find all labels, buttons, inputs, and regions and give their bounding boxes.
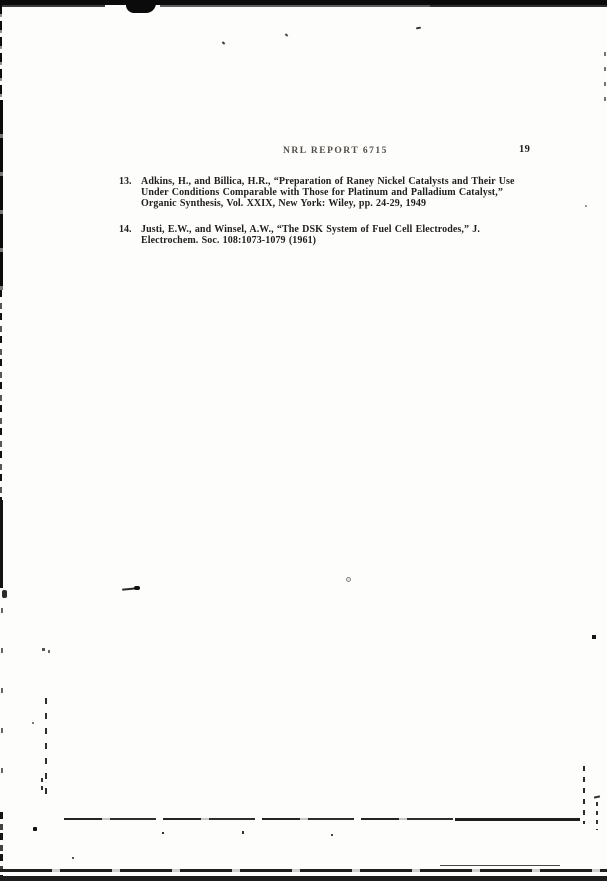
scan-speck bbox=[42, 648, 45, 651]
pen-mark bbox=[122, 587, 137, 591]
scan-artifact-left-edge bbox=[0, 812, 3, 876]
scan-speck bbox=[416, 27, 421, 30]
scan-vertical-dashes-right bbox=[604, 52, 606, 104]
scan-speck bbox=[222, 41, 226, 44]
scan-artifact-top-notch bbox=[126, 3, 156, 13]
scan-artifact-left-edge bbox=[0, 100, 3, 290]
scan-artifact-top-edge-rough bbox=[0, 5, 105, 7]
scan-speck bbox=[162, 832, 164, 834]
reference-line: Under Conditions Comparable with Those f… bbox=[141, 187, 589, 198]
reference-number: 14. bbox=[119, 224, 132, 235]
scan-speck bbox=[594, 795, 600, 798]
scan-faint-dot bbox=[346, 577, 351, 582]
scan-artifact-left-edge bbox=[1, 608, 3, 808]
scan-artifact-top-edge-rough bbox=[160, 5, 430, 7]
scan-horizontal-line bbox=[0, 869, 607, 872]
scanned-document-page: NRL REPORT 6715 19 13. Adkins, H., and B… bbox=[0, 0, 607, 881]
reference-line: Adkins, H., and Billica, H.R., “Preparat… bbox=[141, 176, 589, 187]
reference-line: Electrochem. Soc. 108:1073-1079 (1961) bbox=[141, 235, 589, 246]
scan-speck bbox=[33, 827, 37, 831]
scan-artifact-left-edge bbox=[2, 590, 7, 598]
scan-artifact-left-edge bbox=[0, 500, 3, 588]
scan-speck bbox=[331, 834, 333, 836]
scan-artifact-left-edge bbox=[0, 5, 2, 100]
scan-speck bbox=[32, 722, 34, 724]
pen-mark bbox=[134, 586, 140, 590]
reference-item-13: 13. Adkins, H., and Billica, H.R., “Prep… bbox=[119, 176, 589, 209]
scan-vertical-dashes-right bbox=[583, 766, 585, 824]
scan-horizontal-line bbox=[64, 818, 580, 820]
scan-speck bbox=[48, 650, 50, 653]
scan-vertical-dashes-left bbox=[41, 778, 43, 794]
report-title: NRL REPORT 6715 bbox=[283, 146, 388, 156]
reference-text: Adkins, H., and Billica, H.R., “Preparat… bbox=[141, 176, 589, 209]
scan-artifact-bottom-edge bbox=[0, 876, 607, 881]
scan-vertical-dashes-left bbox=[45, 698, 47, 798]
scan-artifact-left-edge bbox=[0, 290, 2, 500]
reference-line: Organic Synthesis, Vol. XXIX, New York: … bbox=[141, 198, 589, 209]
scan-speck bbox=[242, 831, 244, 834]
scan-artifact-top-edge-rough bbox=[430, 5, 607, 7]
scan-dark-dot bbox=[592, 635, 596, 639]
scan-speck bbox=[285, 33, 289, 36]
scan-horizontal-line bbox=[455, 818, 580, 821]
reference-item-14: 14. Justi, E.W., and Winsel, A.W., “The … bbox=[119, 224, 589, 246]
page-number: 19 bbox=[519, 144, 530, 155]
scan-speck bbox=[72, 857, 74, 859]
reference-line: Justi, E.W., and Winsel, A.W., “The DSK … bbox=[141, 224, 589, 235]
reference-text: Justi, E.W., and Winsel, A.W., “The DSK … bbox=[141, 224, 589, 246]
scan-vertical-dashes-right bbox=[596, 802, 598, 830]
scan-horizontal-line bbox=[440, 865, 560, 866]
reference-number: 13. bbox=[119, 176, 132, 187]
scan-artifact-top-edge bbox=[0, 0, 607, 5]
